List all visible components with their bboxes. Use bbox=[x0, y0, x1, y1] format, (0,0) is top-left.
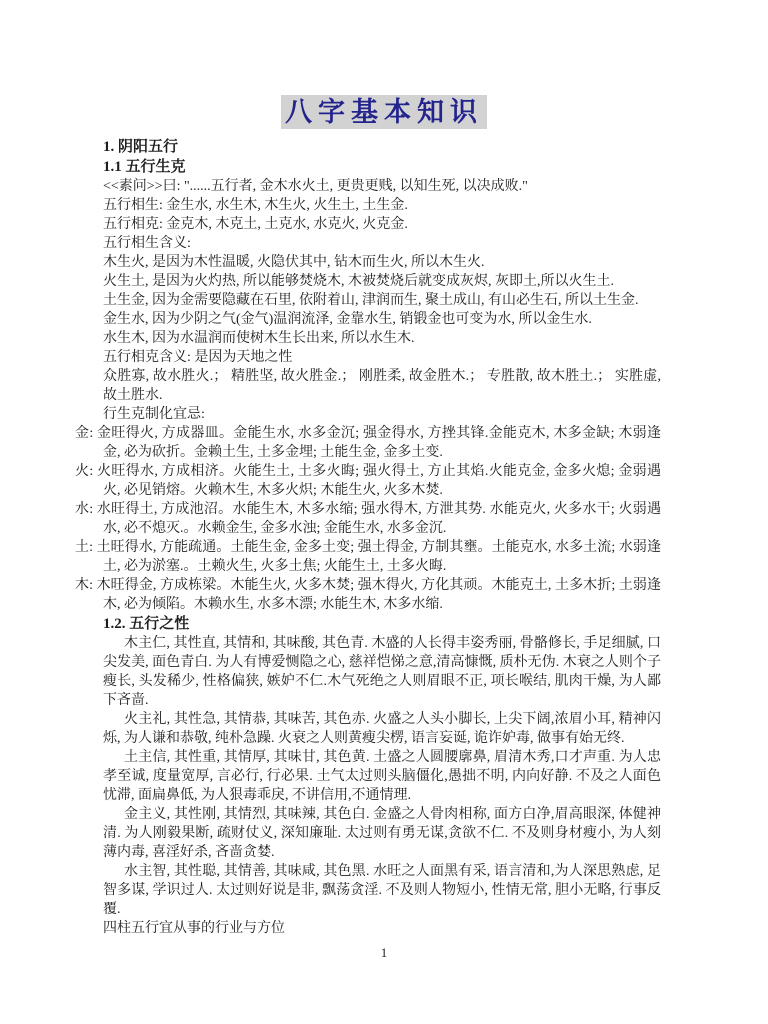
paragraph-zhihua-label: 行生克制化宜忌: bbox=[103, 405, 661, 424]
rule-text: 火旺得水, 方成相济。火能生土, 土多火晦; 强火得土, 方止其焰.火能克金, … bbox=[97, 464, 661, 498]
rule-huo: 火: 火旺得水, 方成相济。火能生土, 土多火晦; 强火得土, 方止其焰.火能克… bbox=[103, 462, 661, 500]
paragraph-zhongsheng: 众胜寡, 故水胜火.； 精胜坚, 故火胜金.； 刚胜柔, 故金胜木.； 专胜散,… bbox=[103, 367, 661, 405]
rule-jin: 金: 金旺得火, 方成器皿。金能生水, 水多金沉; 强金得水, 方挫其锋.金能克… bbox=[103, 424, 661, 462]
paragraph-xiangke-meaning: 五行相克含义: 是因为天地之性 bbox=[103, 348, 661, 367]
paragraph-nature-mu: 木主仁, 其性直, 其情和, 其味酸, 其色青. 木盛的人长得丰姿秀丽, 骨骼修… bbox=[103, 634, 661, 710]
rule-mu: 木: 木旺得金, 方成栋梁。木能生火, 火多木焚; 强木得火, 方化其顽。木能克… bbox=[103, 576, 661, 614]
heading-wuxing-shengke: 1.1 五行生克 bbox=[103, 157, 661, 177]
paragraph-nature-jin: 金主义, 其性刚, 其情烈, 其味辣, 其色白. 金盛之人骨肉相称, 面方白净,… bbox=[103, 805, 661, 862]
rule-text: 土旺得水, 方能疏通。土能生金, 金多土变; 强土得金, 方制其壅。土能克水, … bbox=[97, 540, 661, 574]
document-title: 八字基本知识 bbox=[281, 95, 487, 129]
page-number: 1 bbox=[0, 945, 768, 961]
rule-shui: 水: 水旺得土, 方成池沼。水能生木, 木多水缩; 强水得木, 方泄其势. 水能… bbox=[103, 500, 661, 538]
paragraph-sheng-item: 火生土, 是因为火灼热, 所以能够焚烧木, 木被焚烧后就变成灰烬, 灰即土,所以… bbox=[103, 272, 661, 291]
rule-text: 金旺得火, 方成器皿。金能生水, 水多金沉; 强金得水, 方挫其锋.金能克木, … bbox=[97, 426, 661, 460]
rule-text: 木旺得金, 方成栋梁。木能生火, 火多木焚; 强木得火, 方化其顽。木能克土, … bbox=[97, 578, 661, 612]
rule-label: 火: bbox=[75, 464, 93, 479]
document-body: 1. 阴阳五行 1.1 五行生克 <<素问>>曰: "......五行者, 金木… bbox=[103, 137, 661, 938]
paragraph-nature-tu: 土主信, 其性重, 其情厚, 其味甘, 其色黄. 土盛之人圆腰廓鼻, 眉清木秀,… bbox=[103, 748, 661, 805]
paragraph-trailing-line: 四柱五行宜从事的行业与方位 bbox=[103, 919, 661, 938]
paragraph-sheng-item: 土生金, 因为金需要隐藏在石里, 依附着山, 津润而生, 聚土成山, 有山必生石… bbox=[103, 291, 661, 310]
heading-yinyang-wuxing: 1. 阴阳五行 bbox=[103, 137, 661, 157]
document-title-line: 八字基本知识 bbox=[0, 95, 768, 135]
paragraph-nature-huo: 火主礼, 其性急, 其情恭, 其味苦, 其色赤. 火盛之人头小脚长, 上尖下阔,… bbox=[103, 710, 661, 748]
paragraph-xiangsheng: 五行相生: 金生水, 水生木, 木生火, 火生土, 土生金. bbox=[103, 196, 661, 215]
paragraph-suwen-quote: <<素问>>曰: "......五行者, 金木水火土, 更贵更贱, 以知生死, … bbox=[103, 177, 661, 196]
paragraph-sheng-item: 金生水, 因为少阴之气(金气)温润流泽, 金靠水生, 销锻金也可变为水, 所以金… bbox=[103, 310, 661, 329]
rule-label: 木: bbox=[75, 578, 93, 593]
paragraph-nature-shui: 水主智, 其性聪, 其情善, 其味咸, 其色黑. 水旺之人面黑有采, 语言清和,… bbox=[103, 862, 661, 919]
heading-wuxing-zhixing: 1.2. 五行之性 bbox=[103, 614, 661, 634]
paragraph-sheng-item: 木生火, 是因为木性温暖, 火隐伏其中, 钻木而生火, 所以木生火. bbox=[103, 253, 661, 272]
rule-text: 水旺得土, 方成池沼。水能生木, 木多水缩; 强水得木, 方泄其势. 水能克火,… bbox=[97, 502, 661, 536]
paragraph-xiangsheng-meaning-label: 五行相生含义: bbox=[103, 234, 661, 253]
rule-label: 水: bbox=[75, 502, 93, 517]
rule-label: 土: bbox=[75, 540, 93, 555]
rule-label: 金: bbox=[75, 426, 93, 441]
paragraph-sheng-item: 水生木, 因为水温润而使树木生长出来, 所以水生木. bbox=[103, 329, 661, 348]
paragraph-xiangke: 五行相克: 金克木, 木克土, 土克水, 水克火, 火克金. bbox=[103, 215, 661, 234]
rule-tu: 土: 土旺得水, 方能疏通。土能生金, 金多土变; 强土得金, 方制其壅。土能克… bbox=[103, 538, 661, 576]
document-page: 八字基本知识 1. 阴阳五行 1.1 五行生克 <<素问>>曰: "......… bbox=[0, 0, 768, 1024]
